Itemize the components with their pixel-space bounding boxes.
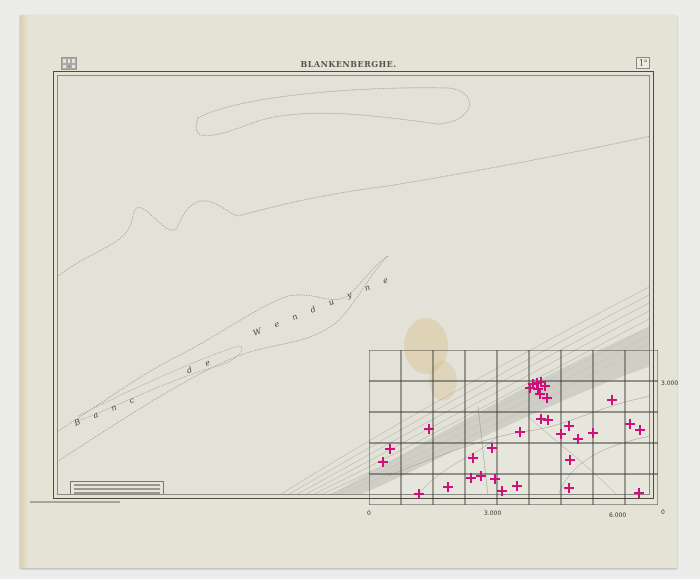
crosshair-marker-icon[interactable] [573,434,583,444]
credit-line [30,501,120,503]
crosshair-marker-icon[interactable] [497,486,507,496]
sheet-number: 1a [636,57,650,69]
crosshair-marker-icon[interactable] [385,444,395,454]
y-axis-label-3000: 3.000 [661,380,678,387]
map-title: BLANKENBERGHE. [20,59,677,69]
crosshair-marker-icon[interactable] [607,395,617,405]
crosshair-marker-icon[interactable] [424,424,434,434]
crosshair-marker-icon[interactable] [512,481,522,491]
crosshair-marker-icon[interactable] [487,443,497,453]
crosshair-marker-icon[interactable] [625,419,635,429]
legend-note-box [70,481,164,495]
map-sheet: BLANKENBERGHE. 1a [20,15,677,568]
crosshair-marker-icon[interactable] [515,427,525,437]
crosshair-marker-icon[interactable] [535,389,545,399]
crosshair-marker-icon[interactable] [564,483,574,493]
crosshair-marker-icon[interactable] [588,428,598,438]
crosshair-marker-icon[interactable] [634,488,644,498]
crosshair-marker-icon[interactable] [556,429,566,439]
crosshair-marker-icon[interactable] [476,471,486,481]
sheet-edge [20,15,28,568]
crosshair-marker-icon[interactable] [543,415,553,425]
y-axis-label-0: 0 [661,509,665,516]
crosshair-marker-icon[interactable] [565,455,575,465]
x-axis-label-3000: 3.000 [484,510,501,517]
x-axis-label-6000: 6.000 [609,512,626,519]
crosshair-marker-icon[interactable] [414,489,424,499]
crosshair-marker-icon[interactable] [468,453,478,463]
crosshair-marker-icon[interactable] [490,474,500,484]
crosshair-marker-icon[interactable] [466,473,476,483]
crosshair-marker-icon[interactable] [443,482,453,492]
x-axis-label-0: 0 [367,510,371,517]
crosshair-marker-icon[interactable] [378,457,388,467]
crosshair-marker-icon[interactable] [635,425,645,435]
